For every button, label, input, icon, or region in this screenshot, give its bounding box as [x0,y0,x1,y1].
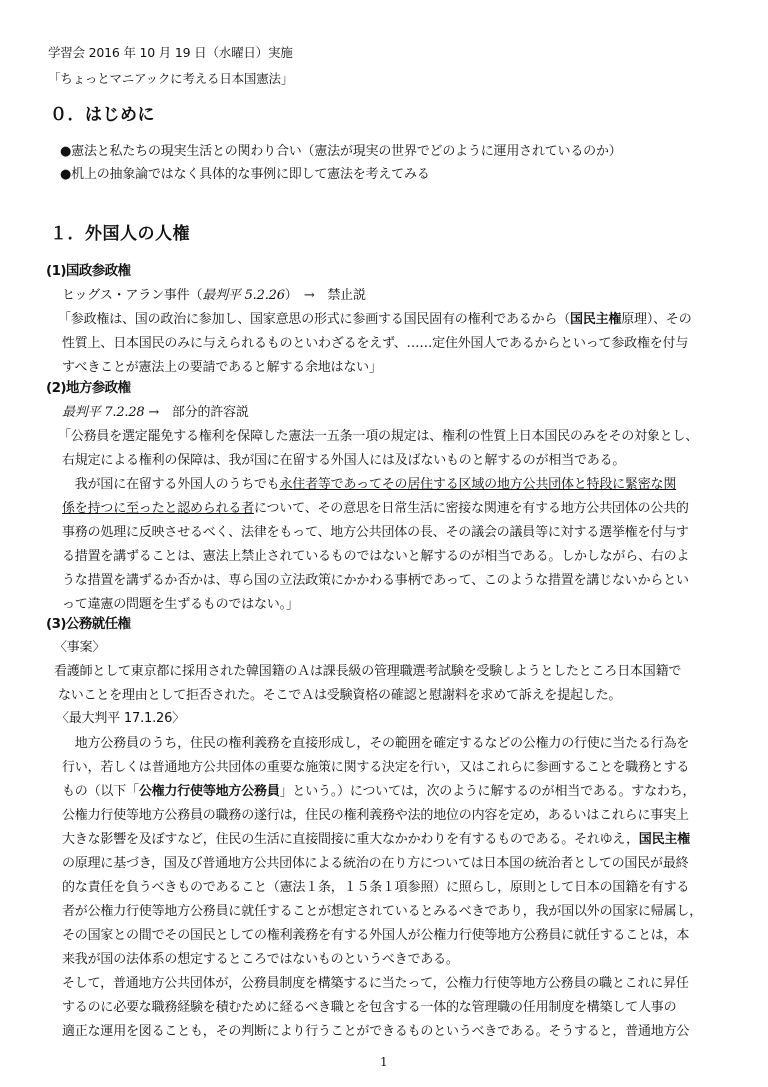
header-date-line: 学習会 2016 年 10 月 19 日（水曜日）実施 [48,44,293,62]
case-citation: 最判平 5.2.26 [202,288,284,303]
underlined-phrase: 永住者等であってその居住する区域の地方公共団体と特段に緊密な関 [279,477,676,492]
quote-line: 係を持つに至ったと認められる者について、その意思を日常生活に密接な関連を有する地… [62,500,689,518]
bullet-item: ●机上の抽象論ではなく具体的な事例に即して憲法を考えてみる [60,166,430,184]
ruling-line: 公権力行使等地方公務員の職務の遂行は，住民の権利義務や法的地位の内容を定め，ある… [62,807,689,825]
case-citation: 最判平 7.2.28 [62,405,144,420]
ruling-line: そして，普通地方公共団体が，公務員制度を構築するに当たって，公権力行使等地方公務… [62,975,689,993]
quote-line: 「参政権は、国の政治に参加し、国家意思の形式に参画する国民固有の権利であるから（… [58,311,692,329]
bullet-item: ●憲法と私たちの現実生活との関わり合い（憲法が現実の世界でどのように運用されてい… [60,143,622,161]
ruling-line: 来我が国の法体系の想定するところではないものというべきである。 [62,951,459,969]
section-0-title: ０．はじめに [50,106,155,124]
facts-line: ないことを理由として拒否された。そこでＡは受験資格の確認と慰謝料を求めて訴えを提… [58,687,621,705]
quote-line: 「公務員を選定罷免する権利を保障した憲法一五条一項の規定は、権利の性質上日本国民… [58,428,698,446]
emphasis-popular-sovereignty: 国民主権 [639,832,690,847]
quote-line: る措置を講ずることは、憲法上禁止されているものではないと解するのが相当である。し… [62,548,689,566]
ruling-line: 的な責任を負うべきものであること（憲法１条，１５条１項参照）に照らし，原則として… [62,879,689,897]
ruling-line: 大きな影響を及ぼすなど，住民の生活に直接間接に重大なかかわりを有するものである。… [62,831,690,849]
case-conclusion: ） → 禁止説 [285,288,366,303]
emphasis-public-power-officials: 公権力行使等地方公務員 [139,784,280,799]
ruling-line: 者が公権力行使等地方公務員に就任することが想定されているとみるべきであり，我が国… [62,903,702,921]
facts-label: 〈事案〉 [54,639,105,657]
quote-line: うな措置を講ずるか否かは、専ら国の立法政策にかかわる事柄であって、このような措置… [62,572,689,590]
quote-line: って違憲の問題を生ずるものではない。」 [62,596,299,614]
underlined-phrase: 係を持つに至ったと認められる者 [62,501,254,516]
header-title-line: 「ちょっとマニアックに考える日本国憲法」 [48,70,293,88]
case-reference-line: ヒッグス・アラン事件（最判平 5.2.26） → 禁止説 [62,287,366,305]
case-reference-line: 最判平 7.2.28 → 部分的許容説 [62,404,249,422]
document-page: 学習会 2016 年 10 月 19 日（水曜日）実施 「ちょっとマニアックに考… [0,0,768,1087]
section-1-title: １．外国人の人権 [50,225,190,243]
quote-line: 我が国に在留する外国人のうちでも永住者等であってその居住する区域の地方公共団体と… [62,476,676,494]
quote-line: すべきことが憲法上の要請であると解する余地はない」 [62,359,382,377]
ruling-line: その国家との間でその国民としての権利義務を有する外国人が公権力行使等地方公務員に… [62,927,689,945]
case-conclusion: → 部分的許容説 [144,405,248,420]
ruling-line: するのに必要な職務経験を積むために経るべき職とを包含する一体的な管理職の任用制度… [62,999,676,1017]
ruling-line: 行い，若しくは普通地方公共団体の重要な施策に関する決定を行い，又はこれらに参画す… [62,759,689,777]
ruling-label: 〈最大判平 17.1.26〉 [56,710,185,728]
quote-line: 事務の処理に反映させるべく、法律をもって、地方公共団体の長、その議会の議員等に対… [62,524,689,542]
page-number: 1 [380,1055,388,1069]
ruling-line: 地方公務員のうち，住民の権利義務を直接形成し，その範囲を確定するなどの公権力の行… [62,735,689,753]
ruling-line: 適正な運用を図ることも，その判断により行うことができるものというべきである。そう… [62,1023,689,1041]
ruling-line: の原理に基づき，国及び普通地方公共団体による統治の在り方については日本国の統治者… [62,855,688,873]
subsection-heading-local-suffrage: (2)地方参政権 [46,379,130,397]
facts-line: 看護師として東京都に採用された韓国籍のＡは課長級の管理職選考試験を受験しようとし… [54,663,681,681]
subsection-heading-national-suffrage: (1)国政参政権 [46,262,130,280]
subsection-heading-public-office: (3)公務就任権 [46,615,130,633]
emphasis-popular-sovereignty: 国民主権 [570,312,621,327]
quote-line: 性質上、日本国民のみに与えられるものといわざるをえず、……定住外国人であるからと… [62,335,688,353]
quote-line: 右規定による権利の保障は、我が国に在留する外国人には及ばないものと解するのが相当… [62,452,625,470]
ruling-line: もの（以下「公権力行使等地方公務員」という。）については，次のように解するのが相… [62,783,695,801]
case-name: ヒッグス・アラン事件（ [62,288,202,303]
